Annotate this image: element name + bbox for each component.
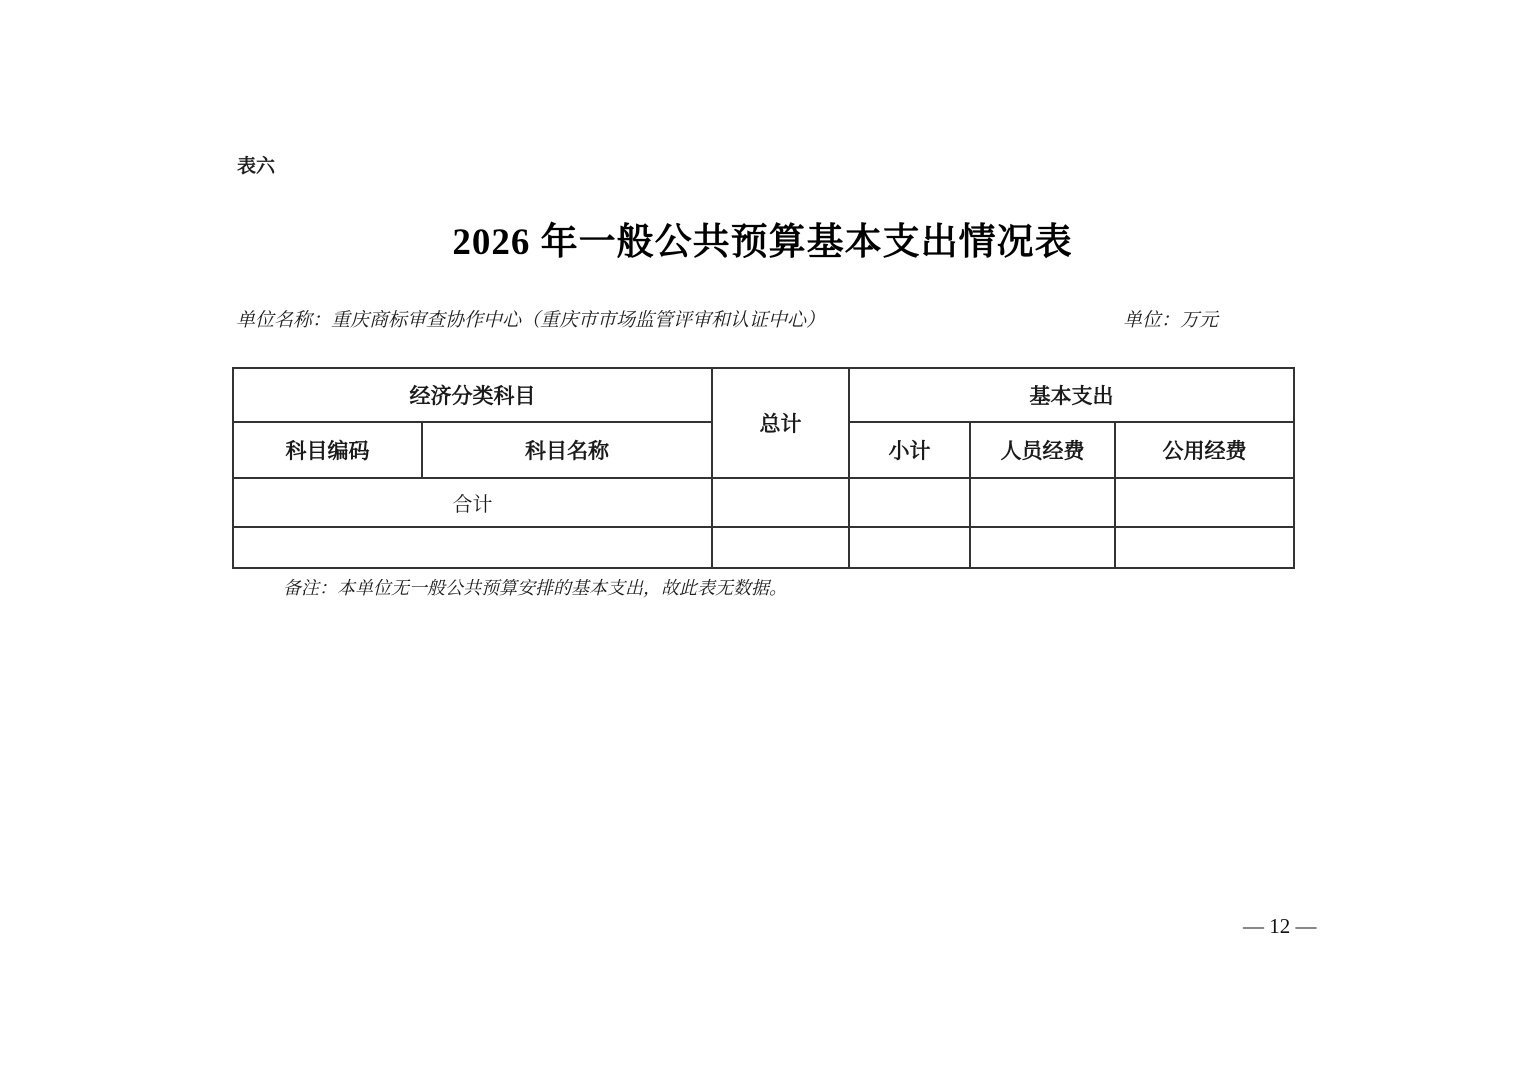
- cell-subject-total: 合计: [233, 478, 712, 527]
- header-personnel-funds: 人员经费: [970, 422, 1115, 478]
- cell-total-empty: [712, 527, 849, 568]
- cell-subtotal-value: [849, 478, 970, 527]
- table-header-row-1: 经济分类科目 总计 基本支出: [233, 368, 1294, 422]
- header-subtotal: 小计: [849, 422, 970, 478]
- table-row-total: 合计: [233, 478, 1294, 527]
- budget-table: 经济分类科目 总计 基本支出 科目编码 科目名称 小计 人员经费 公用经费 合计: [232, 367, 1295, 569]
- header-basic-expenditure: 基本支出: [849, 368, 1294, 422]
- cell-public-empty: [1115, 527, 1294, 568]
- table-remark: 备注：本单位无一般公共预算安排的基本支出，故此表无数据。: [283, 574, 787, 600]
- cell-public-value: [1115, 478, 1294, 527]
- unit-measure-label: 单位：万元: [1123, 305, 1218, 332]
- header-total: 总计: [712, 368, 849, 478]
- cell-personnel-empty: [970, 527, 1115, 568]
- page-title: 2026 年一般公共预算基本支出情况表: [232, 211, 1293, 265]
- header-subject-name: 科目名称: [422, 422, 712, 478]
- page-number: — 12 —: [1243, 914, 1317, 939]
- unit-name-label: 单位名称：重庆商标审查协作中心（重庆市市场监管评审和认证中心）: [236, 305, 825, 332]
- document-page: { "page": { "table_label": "表六", "title"…: [0, 0, 1520, 1074]
- table-number-label: 表六: [237, 151, 275, 178]
- cell-subtotal-empty: [849, 527, 970, 568]
- unit-info-row: 单位名称：重庆商标审查协作中心（重庆市市场监管评审和认证中心） 单位：万元: [236, 305, 1293, 331]
- cell-total-value: [712, 478, 849, 527]
- cell-personnel-value: [970, 478, 1115, 527]
- header-economic-category: 经济分类科目: [233, 368, 712, 422]
- header-public-funds: 公用经费: [1115, 422, 1294, 478]
- header-subject-code: 科目编码: [233, 422, 422, 478]
- cell-subject-empty: [233, 527, 712, 568]
- table-row-empty: [233, 527, 1294, 568]
